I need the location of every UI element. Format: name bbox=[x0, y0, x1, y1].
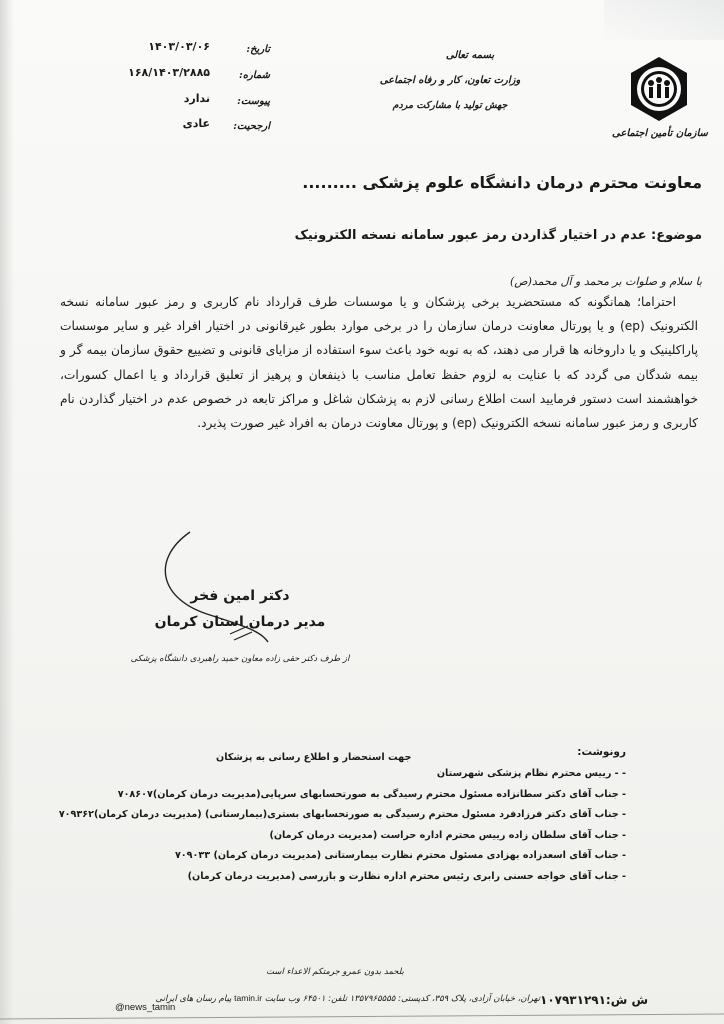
priority-value: عادی bbox=[183, 117, 210, 130]
cc-item-text: - جناب آقای سلطان زاده رییس محترم اداره … bbox=[269, 830, 626, 841]
cc-item: - جناب آقای دکتر فرزادفرد مسئول محترم رس… bbox=[106, 805, 626, 826]
priority-label: ارجحیت: bbox=[233, 121, 270, 132]
meta-priority: ارجحیت: عادی bbox=[90, 117, 270, 139]
cc-item: - جناب آقای اسعدزاده بهزادی مسئول محترم … bbox=[106, 846, 626, 867]
cc-item-text: - جناب آقای اسعدزاده بهزادی مسئول محترم … bbox=[213, 850, 626, 861]
number-value: ۱۶۸/۱۴۰۳/۲۸۸۵ bbox=[128, 66, 210, 79]
cc-item-phone: ۷۰۹۳۶۲ bbox=[59, 809, 94, 820]
cc-item-phone: ۷۰۹۰۳۳ bbox=[175, 850, 210, 861]
letter-body-text: احتراما؛ همانگونه که مستحضرید برخی پزشکا… bbox=[60, 295, 698, 430]
footer-motto: بلحمد بدون عمرو جرمتکم الاعداء است bbox=[260, 967, 410, 977]
cc-item: - جناب آقای خواجه حسنی رابری رئیس محترم … bbox=[106, 867, 626, 888]
tamin-logo-icon bbox=[625, 55, 693, 123]
meta-attachment: پیوست: ندارد bbox=[90, 92, 270, 114]
cc-item-text: - جناب آقای دکتر فرزادفرد مسئول محترم رس… bbox=[94, 809, 626, 820]
signatory-name: دکتر امین فخر bbox=[170, 588, 310, 604]
cc-item: - - رییس محترم نظام پزشکی شهرستان جهت اس… bbox=[106, 764, 626, 785]
cc-item-text: - جناب آقای خواجه حسنی رابری رئیس محترم … bbox=[188, 871, 626, 882]
attachment-label: پیوست: bbox=[237, 96, 270, 107]
cc-item: - جناب آقای دکتر سطانزاده مسئول محترم رس… bbox=[106, 785, 626, 806]
recipient: معاونت محترم درمان دانشگاه علوم پزشکی ..… bbox=[302, 173, 702, 192]
subject: موضوع: عدم در اختیار گذاردن رمز عبور سام… bbox=[295, 228, 702, 243]
cc-item-text: - جناب آقای دکتر سطانزاده مسئول محترم رس… bbox=[153, 789, 626, 800]
footer-serial: ش ش:۱۰۷۹۳۱۲۹۱ bbox=[540, 993, 648, 1007]
footer-divider bbox=[0, 1013, 724, 1019]
page-edge-shadow bbox=[0, 0, 14, 1024]
bismillah: بسمه تعالی bbox=[410, 50, 530, 61]
salutation: با سلام و صلوات بر محمد و آل محمد(ص) bbox=[510, 275, 702, 288]
date-label: تاریخ: bbox=[246, 44, 270, 55]
signatory-title: مدیر درمان استان کرمان bbox=[140, 614, 340, 630]
meta-number: شماره: ۱۶۸/۱۴۰۳/۲۸۸۵ bbox=[90, 66, 270, 88]
number-label: شماره: bbox=[239, 70, 270, 81]
logo-caption: سازمان تأمین اجتماعی bbox=[605, 128, 715, 139]
letter-body: احتراما؛ همانگونه که مستحضرید برخی پزشکا… bbox=[60, 290, 698, 435]
letter-page: سازمان تأمین اجتماعی بسمه تعالی وزارت تع… bbox=[0, 0, 724, 1024]
cc-item-phone: ۷۰۸۶۰۷ bbox=[118, 789, 153, 800]
page-corner-shade bbox=[604, 0, 724, 40]
cc-title: رونوشت: bbox=[577, 746, 626, 758]
cc-item: - جناب آقای سلطان زاده رییس محترم اداره … bbox=[106, 826, 626, 847]
cc-list: - - رییس محترم نظام پزشکی شهرستان جهت اس… bbox=[106, 764, 626, 887]
social-handle[interactable]: @news_tamin bbox=[115, 1002, 175, 1013]
ministry-name: وزارت تعاون، کار و رفاه اجتماعی bbox=[350, 75, 550, 86]
attachment-value: ندارد bbox=[184, 92, 210, 105]
date-value: ۱۴۰۳/۰۳/۰۶ bbox=[148, 40, 210, 53]
cc-item-text: - - رییس محترم نظام پزشکی شهرستان bbox=[437, 768, 626, 779]
year-motto: جهش تولید با مشارکت مردم bbox=[350, 100, 550, 111]
meta-date: تاریخ: ۱۴۰۳/۰۳/۰۶ bbox=[90, 40, 270, 62]
cc-item-purpose: جهت استحضار و اطلاع رسانی به پزشکان bbox=[216, 748, 411, 769]
address-text: تهران، خیابان آزادی، پلاک ۳۵۹، کدپستی: ۱… bbox=[265, 994, 540, 1004]
website-link[interactable]: tamin.ir bbox=[234, 993, 262, 1003]
signatory-note: از طرف دکتر حقی زاده معاون حمید راهبردی … bbox=[120, 654, 360, 664]
